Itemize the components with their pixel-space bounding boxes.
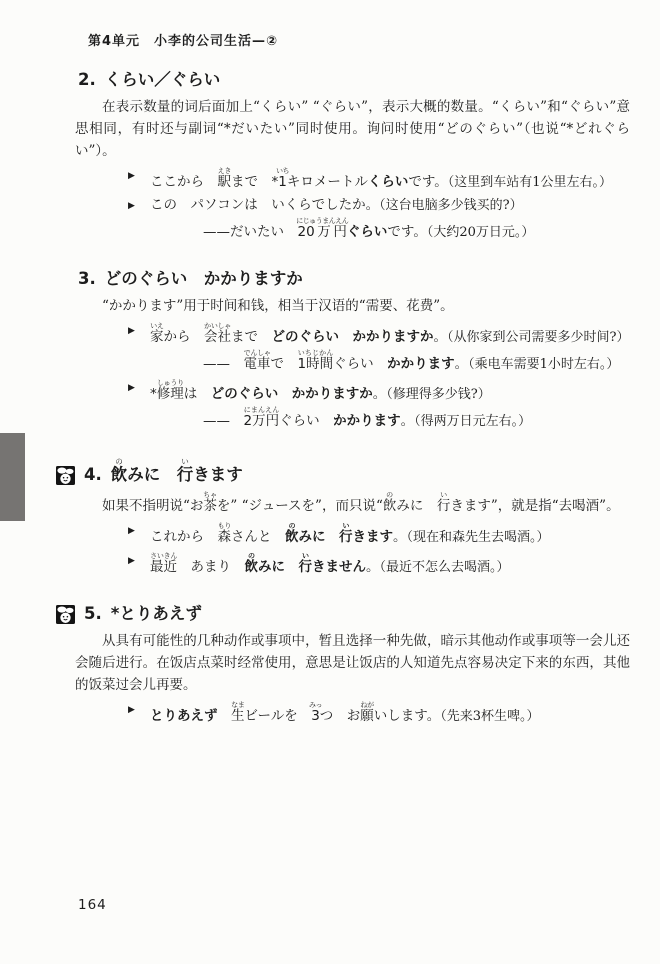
example-translation: （从你家到公司需要多少时间?） (447, 330, 629, 345)
example-japanese: ——だいたい 20万円にじゅうまんえんぐらいです。 (203, 224, 427, 240)
example-reply-line: —— 2万円にまんえんぐらい かかります。（得两万日元左右。） (203, 406, 630, 431)
section-title: どのぐらい かかりますか (105, 268, 303, 290)
section-toriaezu: 5. *とりあえず 从具有可能性的几种动作或事项中，暂且选择一种先做，暗示其他动… (75, 603, 630, 726)
section-donogurai: 3. どのぐらい かかりますか “かかります”用于时间和钱，相当于汉语的“需要、… (75, 268, 630, 431)
example-line: ▶ これから 森もりさんと 飲のみに 行いきます。（现在和森先生去喝酒。） (128, 522, 630, 547)
example-line: ▶ *修理しゅうりは どのぐらい かかりますか。（修理得多少钱?） (128, 379, 630, 404)
bullet-triangle-icon: ▶ (128, 167, 150, 192)
section-heading: 3. どのぐらい かかりますか (78, 268, 630, 290)
example-line: ▶ ここから 駅えきまで *1いちキロメートルくらいです。（这里到车站有1公里左… (128, 167, 630, 192)
bullet-triangle-icon: ▶ (128, 322, 150, 347)
example-translation: （修理得多少钱?） (386, 387, 490, 402)
example-translation: （最近不怎么去喝酒。） (380, 560, 510, 575)
example-translation: （得两万日元左右。） (414, 414, 531, 429)
section-number: 3. (78, 268, 96, 290)
page-content: 第4单元 小李的公司生活—② 2. くらい／ぐらい 在表示数量的词后面加上“くら… (75, 30, 630, 726)
section-heading: 4. 飲のみに 行いきます (78, 457, 630, 486)
example-line: ▶ 家いえから 会社かいしゃまで どのぐらい かかりますか。（从你家到公司需要多… (128, 322, 630, 347)
section-number: 4. (84, 464, 102, 486)
section-heading: 2. くらい／ぐらい (78, 69, 630, 91)
unit-header: 第4单元 小李的公司生活—② (88, 30, 630, 49)
section-title: くらい／ぐらい (105, 69, 221, 91)
section-intro: 在表示数量的词后面加上“くらい” “ぐらい”，表示大概的数量。“くらい”和“ぐら… (75, 96, 630, 162)
example-japanese: —— 電車でんしゃで 1時間いちじかんぐらい かかります。 (203, 356, 468, 372)
example-translation: （大约20万日元。） (427, 225, 535, 240)
example-japanese: —— 2万円にまんえんぐらい かかります。 (203, 413, 414, 429)
page-number: 164 (78, 897, 107, 913)
example-japanese: これから 森もりさんと 飲のみに 行いきます。 (150, 529, 407, 545)
section-number: 2. (78, 69, 96, 91)
bullet-triangle-icon: ▶ (128, 379, 150, 404)
section-intro: 如果不指明说“お茶ちゃを” “ジュースを”，而只说“飲のみに 行いきます”，就是… (75, 491, 630, 517)
example-translation: （乘电车需要1小时左右。） (468, 357, 619, 372)
section-title: *とりあえず (111, 603, 202, 625)
example-translation: （这台电脑多少钱买的?） (379, 198, 522, 213)
example-reply-line: —— 電車でんしゃで 1時間いちじかんぐらい かかります。（乘电车需要1小时左右… (203, 349, 630, 374)
example-line: ▶ とりあえず 生なまビールを 3みっつ お願ねがいします。（先来3杯生啤。） (128, 701, 630, 726)
face-with-speech-bubble-icon (56, 466, 75, 485)
section-title: 飲のみに 行いきます (111, 457, 243, 486)
chapter-tab (0, 433, 25, 521)
example-japanese: とりあえず 生なまビールを 3みっつ お願ねがいします。 (150, 708, 440, 724)
section-kurai: 2. くらい／ぐらい 在表示数量的词后面加上“くらい” “ぐらい”，表示大概的数… (75, 69, 630, 242)
example-japanese: *修理しゅうりは どのぐらい かかりますか。 (150, 386, 386, 402)
example-line: ▶ この パソコンは いくらでしたか。（这台电脑多少钱买的?） (128, 197, 630, 215)
example-line: ▶ 最近さいきん あまり 飲のみに 行いきません。（最近不怎么去喝酒。） (128, 552, 630, 577)
bullet-triangle-icon: ▶ (128, 197, 150, 215)
section-heading: 5. *とりあえず (78, 603, 630, 625)
section-intro: 从具有可能性的几种动作或事项中，暂且选择一种先做，暗示其他动作或事项等一会儿还会… (75, 630, 630, 696)
section-nomini-ikimasu: 4. 飲のみに 行いきます 如果不指明说“お茶ちゃを” “ジュースを”，而只说“… (75, 457, 630, 577)
example-translation: （现在和森先生去喝酒。） (407, 530, 550, 545)
section-number: 5. (84, 603, 102, 625)
example-japanese: ここから 駅えきまで *1いちキロメートルくらいです。 (150, 174, 448, 190)
example-japanese: 家いえから 会社かいしゃまで どのぐらい かかりますか。 (150, 329, 447, 345)
bullet-triangle-icon: ▶ (128, 701, 150, 726)
textbook-page: 第4单元 小李的公司生活—② 2. くらい／ぐらい 在表示数量的词后面加上“くら… (0, 0, 660, 964)
example-reply-line: ——だいたい 20万円にじゅうまんえんぐらいです。（大约20万日元。） (203, 217, 630, 242)
example-translation: （这里到车站有1公里左右。） (448, 175, 612, 190)
example-translation: （先来3杯生啤。） (440, 709, 539, 724)
example-japanese: 最近さいきん あまり 飲のみに 行いきません。 (150, 559, 380, 575)
bullet-triangle-icon: ▶ (128, 522, 150, 547)
bullet-triangle-icon: ▶ (128, 552, 150, 577)
section-intro: “かかります”用于时间和钱，相当于汉语的“需要、花费”。 (75, 295, 630, 317)
face-with-speech-bubble-icon (56, 605, 75, 624)
example-japanese: この パソコンは いくらでしたか。 (150, 197, 379, 213)
